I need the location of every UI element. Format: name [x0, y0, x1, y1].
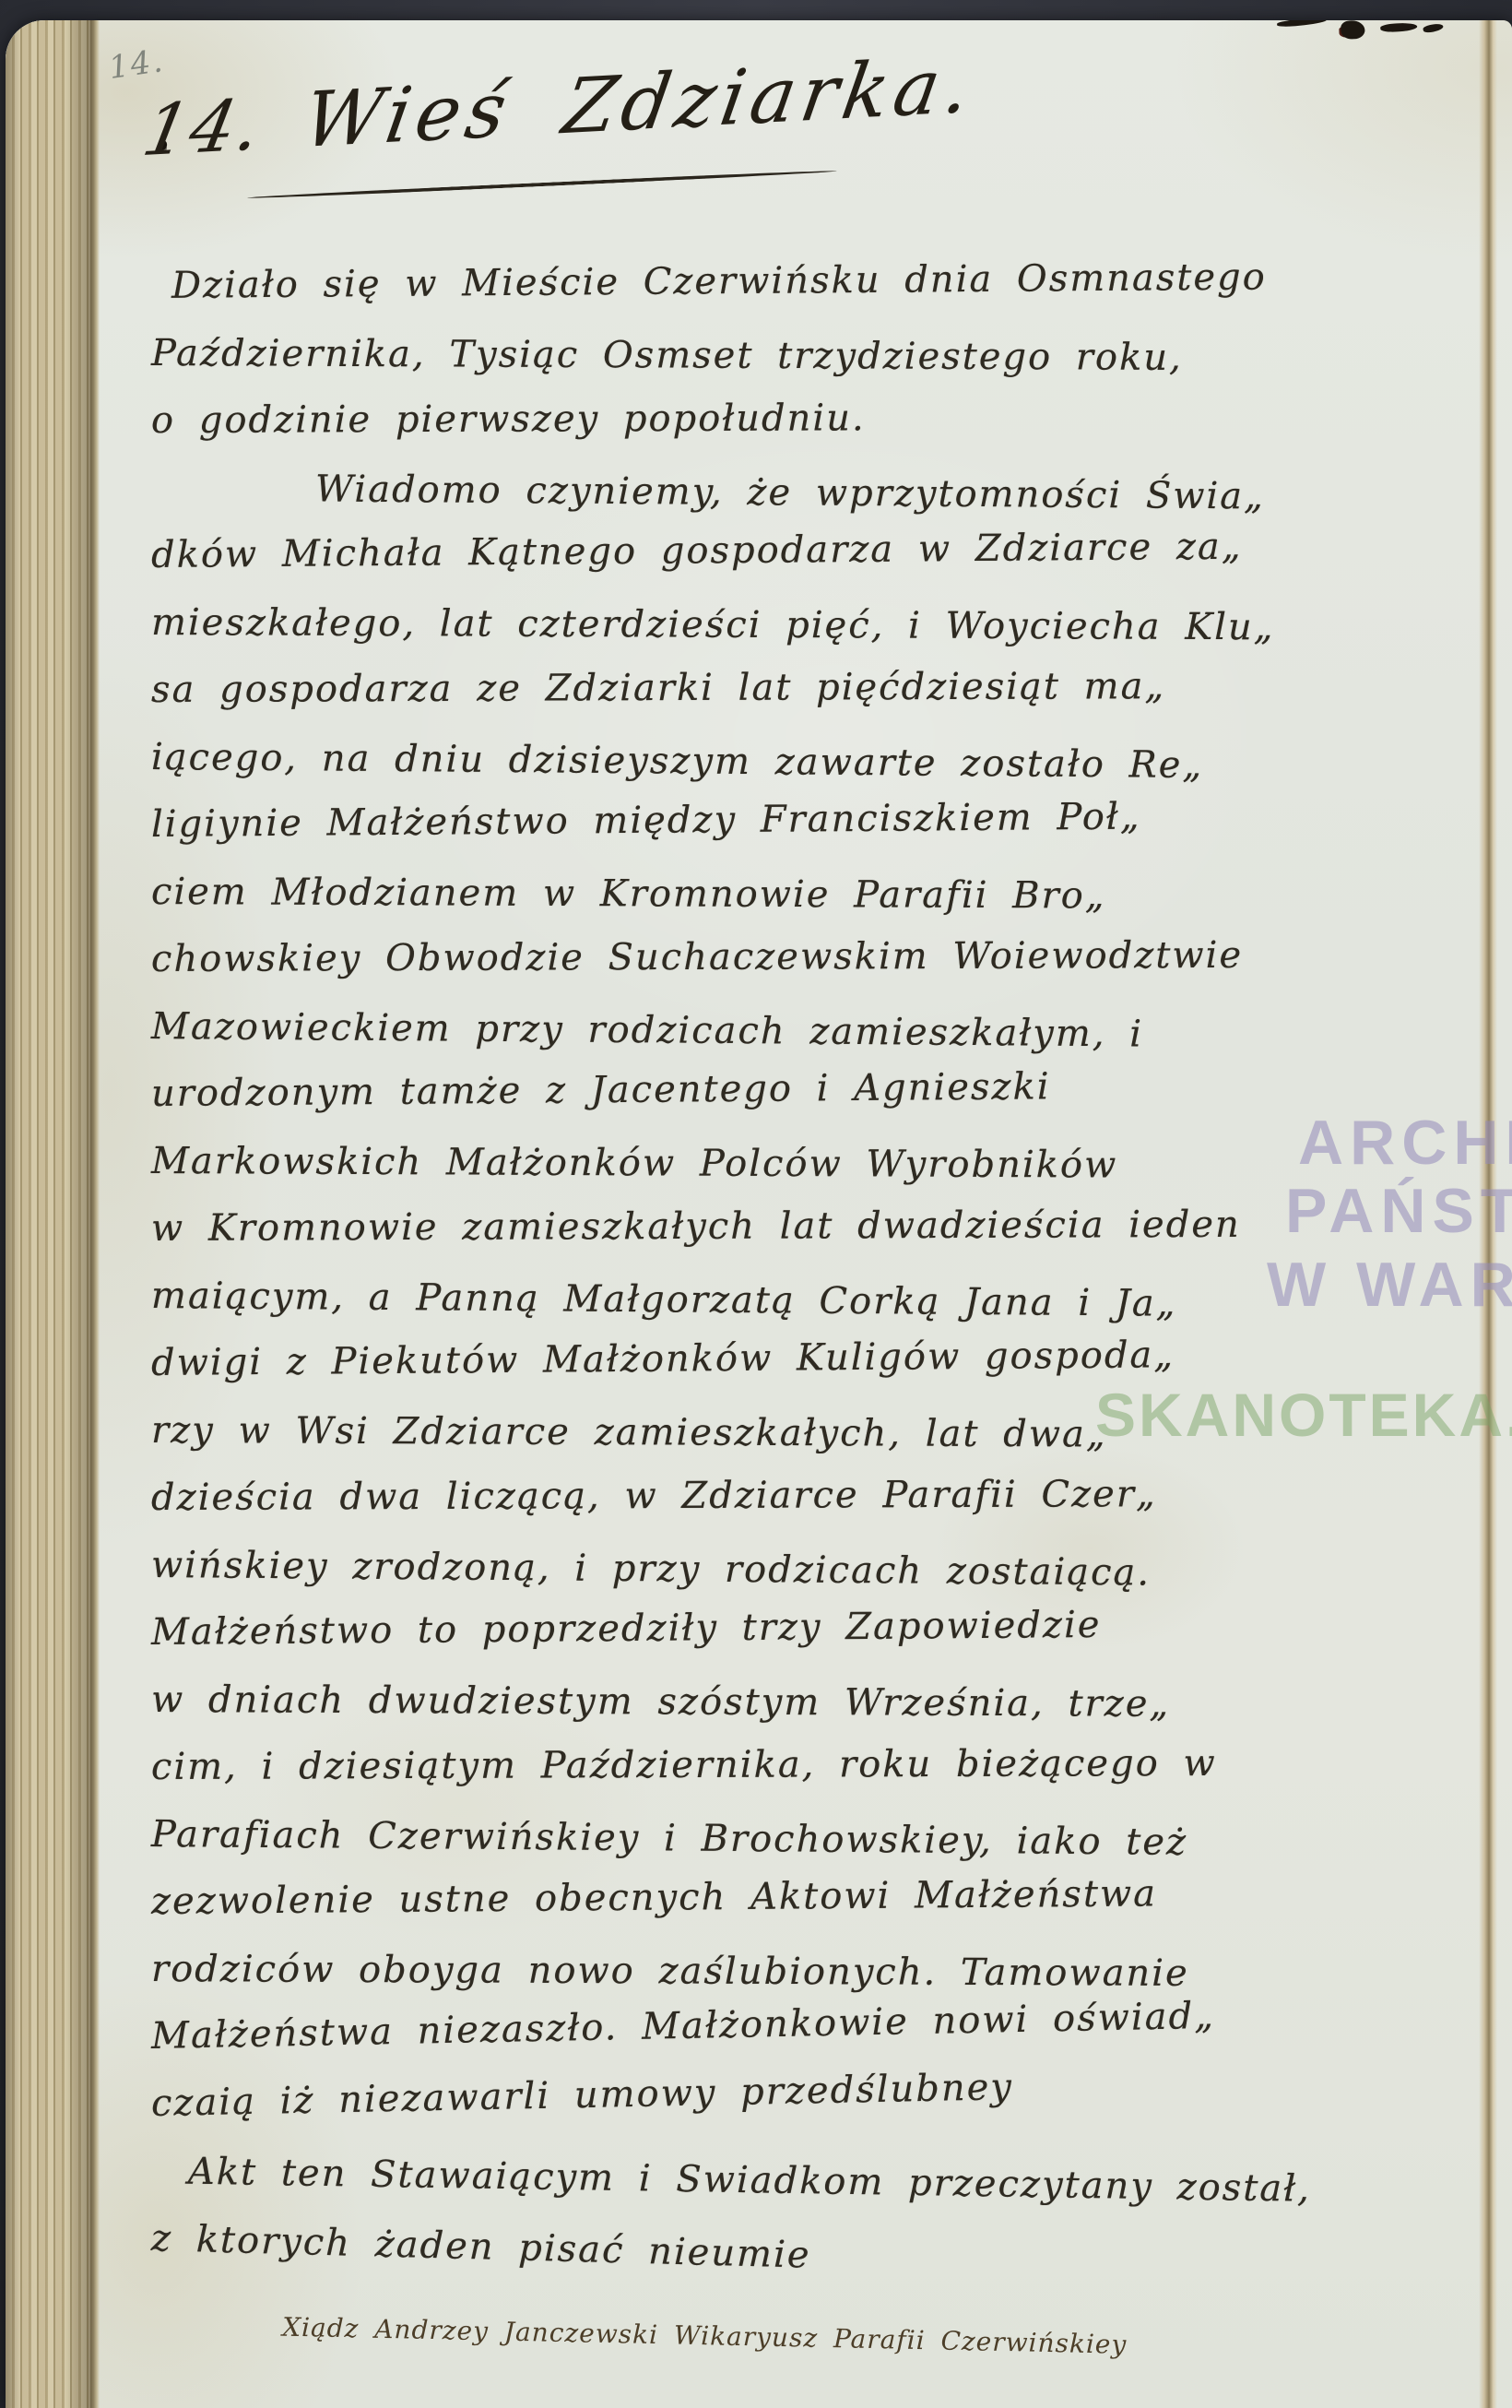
manuscript-page: 14. 14. Wieś Zdziarka. Działo się w Mieś… — [6, 20, 1512, 2408]
manuscript-line: Działo się w Mieście Czerwińsku dnia Osm… — [151, 243, 1471, 320]
binding-seam — [90, 20, 100, 2408]
priest-signature: Xiądz Andrzey Janczewski Wikaryusz Paraf… — [282, 2312, 1462, 2367]
manuscript-line: sa gospodarza ze Zdziarki lat pięćdziesi… — [151, 652, 1470, 724]
heading-underline — [247, 169, 837, 199]
manuscript-line: rzy w Wsi Zdziarce zamieszkałych, lat dw… — [151, 1397, 1470, 1470]
manuscript-line: urodzonym tamże z Jacentego i Agnieszki — [151, 1050, 1471, 1128]
manuscript-line: ciem Młodzianem w Kromnowie Parafii Bro„ — [151, 859, 1470, 931]
manuscript-line: dków Michała Kątnego gospodarza w Zdziar… — [151, 512, 1471, 589]
manuscript-line: w Kromnowie zamieszkałych lat dwadzieści… — [151, 1191, 1470, 1263]
manuscript-line: Markowskich Małżonków Polców Wyrobników — [151, 1128, 1470, 1201]
manuscript-text: Działo się w Mieście Czerwińsku dnia Osm… — [151, 253, 1470, 2272]
manuscript-line: ligiynie Małżeństwo między Franciszkiem … — [151, 781, 1471, 859]
manuscript-line: dwigi z Piekutów Małżonków Kuligów gospo… — [151, 1320, 1471, 1397]
manuscript-line: zezwolenie ustne obecnych Aktowi Małżeńs… — [151, 1858, 1471, 1936]
manuscript-line: o godzinie pierwszey popołudniu. — [151, 383, 1470, 455]
manuscript-line: dzieścia dwa liczącą, w Zdziarce Parafii… — [151, 1460, 1470, 1532]
manuscript-line: w dniach dwudziestym szóstym Września, t… — [151, 1667, 1470, 1739]
manuscript-line: chowskiey Obwodzie Suchaczewskim Woiewod… — [151, 921, 1470, 993]
manuscript-line: mieszkałego, lat czterdzieści pięć, i Wo… — [151, 589, 1470, 662]
record-heading: 14. Wieś Zdziarka. — [142, 32, 1159, 172]
page-edge-crease — [1479, 20, 1497, 2408]
pencil-page-number: 14. — [107, 42, 167, 87]
manuscript-line: Października, Tysiąc Osmset trzydziesteg… — [151, 320, 1470, 393]
manuscript-line: Małżeństwo to poprzedziły trzy Zapowiedz… — [151, 1589, 1471, 1667]
record-number: 14. — [136, 83, 269, 172]
book-binding-edge — [6, 20, 90, 2408]
photographed-register-page: 14. 14. Wieś Zdziarka. Działo się w Mieś… — [0, 0, 1512, 2408]
village-title: Wieś Zdziarka. — [298, 42, 982, 165]
manuscript-line: cim, i dziesiątym Października, roku bie… — [151, 1729, 1470, 1801]
cut-off-ink-mark — [1274, 20, 1453, 65]
